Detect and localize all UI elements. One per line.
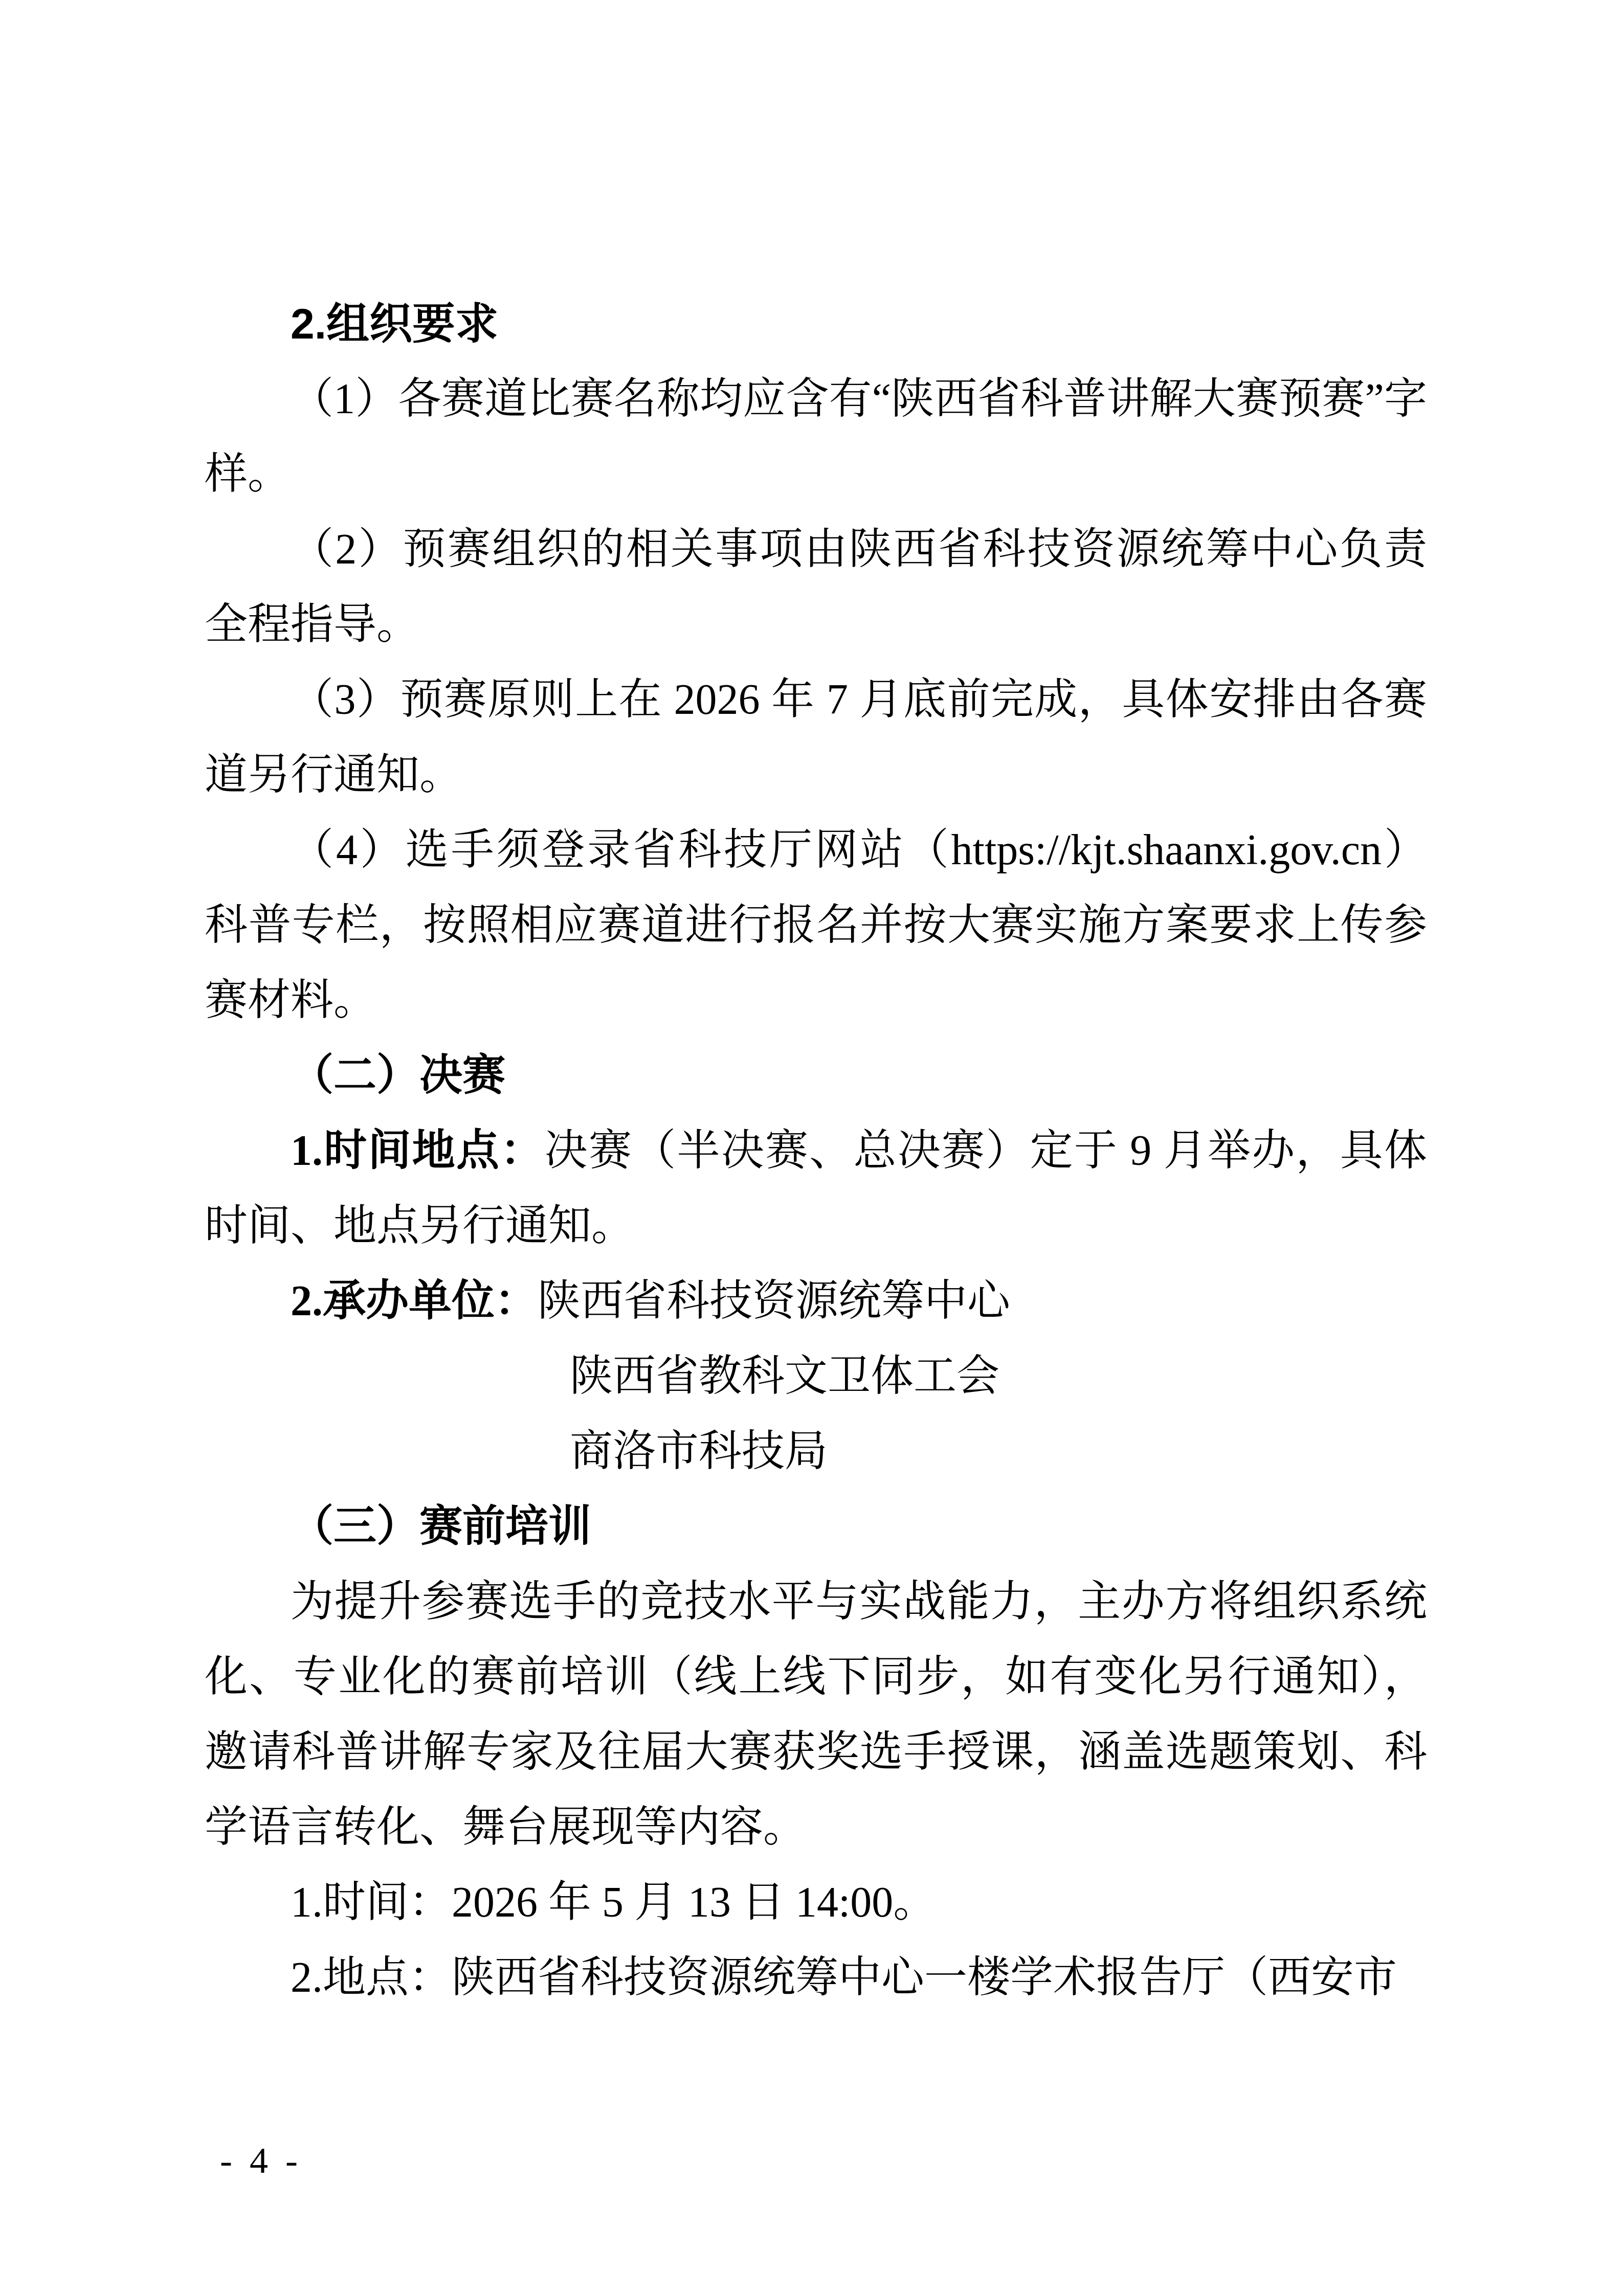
paragraph: 1.时间：2026 年 5 月 13 日 14:00。 (205, 1865, 1427, 1940)
paragraph-text: 陕西省科技资源统筹中心 (538, 1277, 1010, 1325)
section-heading: 2.组织要求 (205, 286, 1427, 362)
paragraph-label: 2.承办单位： (291, 1277, 538, 1325)
paragraph: 2.地点：陕西省科技资源统筹中心一楼学术报告厅（西安市 (205, 1940, 1427, 2015)
paragraph: （2）预赛组织的相关事项由陕西省科技资源统筹中心负责全程指导。 (205, 512, 1427, 662)
continuation-line: 陕西省教科文卫体工会 (205, 1339, 1427, 1414)
body-text: 2.组织要求（1）各赛道比赛名称均应含有“陕西省科普讲解大赛预赛”字样。（2）预… (205, 286, 1427, 2015)
paragraph-with-label: 2.承办单位：陕西省科技资源统筹中心 (205, 1264, 1427, 1339)
paragraph: （4）选手须登录省科技厅网站（https://kjt.shaanxi.gov.c… (205, 813, 1427, 1038)
continuation-line: 商洛市科技局 (205, 1414, 1427, 1489)
paragraph-label: 1.时间地点： (291, 1127, 545, 1175)
section-heading: （三）赛前培训 (205, 1489, 1427, 1564)
paragraph-with-label: 1.时间地点：决赛（半决赛、总决赛）定于 9 月举办，具体时间、地点另行通知。 (205, 1113, 1427, 1264)
paragraph: （3）预赛原则上在 2026 年 7 月底前完成，具体安排由各赛道另行通知。 (205, 662, 1427, 813)
section-heading: （二）决赛 (205, 1038, 1427, 1113)
paragraph: （1）各赛道比赛名称均应含有“陕西省科普讲解大赛预赛”字样。 (205, 362, 1427, 512)
paragraph: 为提升参赛选手的竞技水平与实战能力，主办方将组织系统化、专业化的赛前培训（线上线… (205, 1564, 1427, 1865)
document-page: 2.组织要求（1）各赛道比赛名称均应含有“陕西省科普讲解大赛预赛”字样。（2）预… (0, 0, 1624, 2296)
page-number: - 4 - (220, 2137, 302, 2184)
